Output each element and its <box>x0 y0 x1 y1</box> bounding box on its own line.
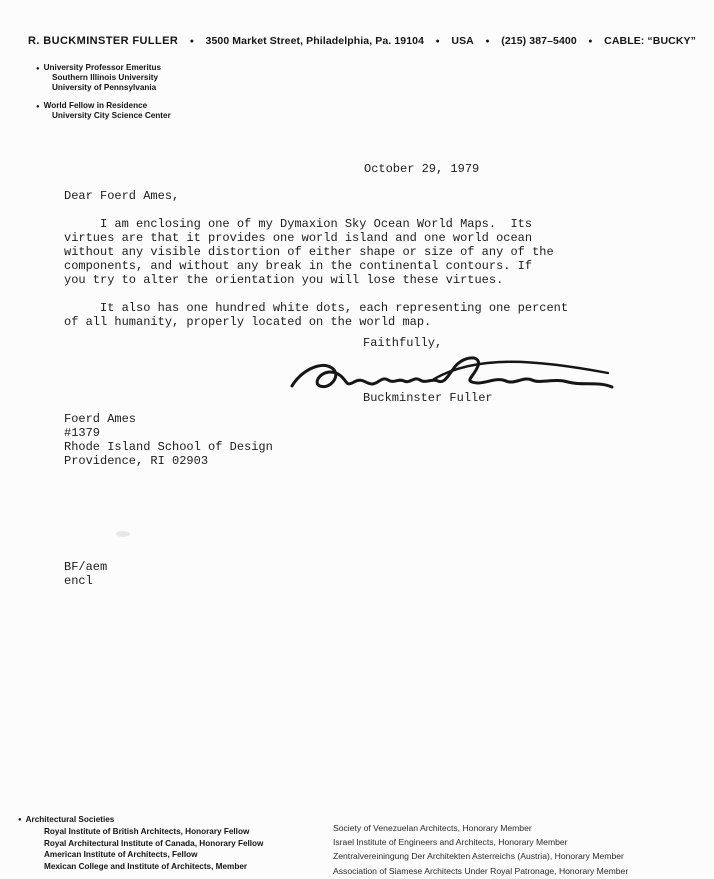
recipient-address: Foerd Ames #1379 Rhode Island School of … <box>64 412 273 468</box>
footer-item: Association of Siamese Architects Under … <box>333 864 628 878</box>
enclosure-note: encl <box>64 574 107 588</box>
footer-item: Zentralvereiningung Der Architekten Aste… <box>333 849 628 863</box>
paragraph: It also has one hundred white dots, each… <box>64 301 604 329</box>
letterhead-name: R. BUCKMINSTER FULLER <box>28 35 178 47</box>
credential-line: University City Science Center <box>36 111 171 121</box>
credentials: ● University Professor Emeritus Southern… <box>36 63 171 129</box>
address-line: #1379 <box>64 426 273 440</box>
address-line: Foerd Ames <box>64 412 273 426</box>
reference-block: BF/aem encl <box>64 560 107 588</box>
credential-line: Southern Illinois University <box>36 73 171 83</box>
letterhead-cable: CABLE: “BUCKY” <box>604 35 696 47</box>
reference-initials: BF/aem <box>64 560 107 574</box>
salutation: Dear Foerd Ames, <box>64 189 604 203</box>
scan-smudge <box>116 531 130 537</box>
credential-line: University of Pennsylvania <box>36 83 171 93</box>
letterhead-phone: (215) 387–5400 <box>501 35 577 47</box>
footer-item: Society of Venezuelan Architects, Honora… <box>333 821 628 835</box>
letterhead-country: USA <box>451 35 473 47</box>
bullet-separator-icon: ● <box>588 38 592 45</box>
bullet-separator-icon: ● <box>436 38 440 45</box>
footer-item: American Institute of Architects, Fellow <box>18 849 263 861</box>
bullet-icon: ● <box>18 815 22 827</box>
footer-item: Royal Architectural Institute of Canada,… <box>18 838 263 850</box>
paragraph: I am enclosing one of my Dymaxion Sky Oc… <box>64 217 604 287</box>
letter-page: R. BUCKMINSTER FULLER ● 3500 Market Stre… <box>0 0 714 879</box>
credential-group: ● University Professor Emeritus Southern… <box>36 63 171 93</box>
letter-date: October 29, 1979 <box>364 162 479 176</box>
footer-item: Mexican College and Institute of Archite… <box>18 861 263 873</box>
letterhead: R. BUCKMINSTER FULLER ● 3500 Market Stre… <box>28 35 696 47</box>
bullet-icon: ● <box>36 102 40 112</box>
credential-group: ● World Fellow in Residence University C… <box>36 101 171 121</box>
address-line: Providence, RI 02903 <box>64 454 273 468</box>
footer-item: Royal Institute of British Architects, H… <box>18 826 263 838</box>
footer-architectural-societies: ● Architectural Societies Royal Institut… <box>18 814 263 873</box>
footer-heading: Architectural Societies <box>26 814 115 826</box>
letterhead-street: 3500 Market Street, Philadelphia, Pa. 19… <box>206 35 425 47</box>
bullet-icon: ● <box>36 64 40 74</box>
bullet-separator-icon: ● <box>485 38 489 45</box>
footer-societies-right-column: Society of Venezuelan Architects, Honora… <box>333 821 628 878</box>
signature-name: Buckminster Fuller <box>363 391 493 405</box>
credential-title: University Professor Emeritus <box>44 63 161 73</box>
letter-body: Dear Foerd Ames, I am enclosing one of m… <box>64 189 604 329</box>
address-line: Rhode Island School of Design <box>64 440 273 454</box>
bullet-separator-icon: ● <box>190 38 194 45</box>
footer-item: Israel Institute of Engineers and Archit… <box>333 835 628 849</box>
credential-title: World Fellow in Residence <box>44 101 148 111</box>
